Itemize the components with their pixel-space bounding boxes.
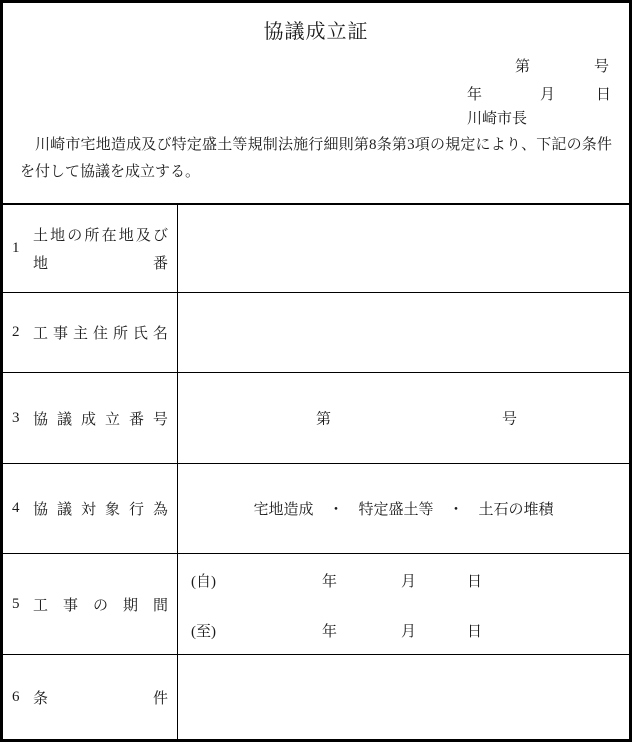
row-label-owner-name: 2 工事主住所氏名 bbox=[3, 293, 178, 372]
period-to-label: (至) bbox=[191, 620, 216, 641]
period-to-month: 月 bbox=[401, 620, 416, 641]
row-label-line: 工事の期間 bbox=[33, 590, 168, 618]
issue-number-prefix: 第 bbox=[515, 55, 530, 76]
row-label-line: 地番 bbox=[33, 249, 168, 277]
table-row-conditions: 6 条件 bbox=[3, 655, 629, 739]
period-to-year: 年 bbox=[322, 620, 337, 641]
period-from-month: 月 bbox=[401, 570, 416, 591]
row-number: 2 bbox=[12, 324, 33, 341]
row-label-work-period: 5 工事の期間 bbox=[3, 554, 178, 654]
agreement-number-suffix: 号 bbox=[502, 408, 517, 429]
row-label-text: 工事の期間 bbox=[33, 590, 168, 618]
row-number: 4 bbox=[12, 500, 33, 517]
row-value-agreement-number: 第 号 bbox=[178, 373, 629, 463]
row-label-text: 条件 bbox=[33, 683, 168, 711]
row-label-line: 土地の所在地及び bbox=[33, 221, 168, 249]
period-from-day: 日 bbox=[467, 570, 482, 591]
row-value-owner-name bbox=[178, 293, 629, 372]
period-from-year: 年 bbox=[322, 570, 337, 591]
target-activity-options: 宅地造成 ・ 特定盛土等 ・ 土石の堆積 bbox=[253, 498, 553, 519]
row-label-land-location: 1 土地の所在地及び 地番 bbox=[3, 205, 178, 292]
table-row-work-period: 5 工事の期間 (自) 年 月 日 (至) 年 月 日 bbox=[3, 554, 629, 655]
table-row-owner-name: 2 工事主住所氏名 bbox=[3, 293, 629, 373]
row-number: 1 bbox=[12, 240, 33, 257]
period-from-label: (自) bbox=[191, 570, 216, 591]
period-from-line: (自) 年 月 日 bbox=[178, 570, 629, 588]
form-table: 1 土地の所在地及び 地番 2 工事主住所氏名 3 協議成立番号 bbox=[3, 203, 629, 739]
row-label-line: 協議対象行為 bbox=[33, 495, 168, 523]
row-value-conditions bbox=[178, 655, 629, 739]
document-title: 協議成立証 bbox=[3, 15, 629, 44]
row-label-text: 協議対象行為 bbox=[33, 495, 168, 523]
row-label-conditions: 6 条件 bbox=[3, 655, 178, 739]
row-number: 6 bbox=[12, 689, 33, 706]
date-year-label: 年 bbox=[467, 83, 482, 104]
date-month-label: 月 bbox=[540, 83, 555, 104]
row-label-text: 工事主住所氏名 bbox=[33, 319, 168, 347]
issue-number-line: 第 号 bbox=[3, 55, 629, 73]
row-label-text: 協議成立番号 bbox=[33, 404, 168, 432]
issue-number-suffix: 号 bbox=[594, 55, 609, 76]
row-label-line: 協議成立番号 bbox=[33, 404, 168, 432]
row-label-agreement-number: 3 協議成立番号 bbox=[3, 373, 178, 463]
row-label-target-activity: 4 協議対象行為 bbox=[3, 464, 178, 553]
mayor-line: 川崎市長 bbox=[3, 107, 629, 125]
row-label-line: 条件 bbox=[33, 683, 168, 711]
table-row-target-activity: 4 協議対象行為 宅地造成 ・ 特定盛土等 ・ 土石の堆積 bbox=[3, 464, 629, 554]
mayor-name: 川崎市長 bbox=[467, 107, 527, 128]
row-value-work-period: (自) 年 月 日 (至) 年 月 日 bbox=[178, 554, 629, 654]
row-label-line: 工事主住所氏名 bbox=[33, 319, 168, 347]
period-to-line: (至) 年 月 日 bbox=[178, 620, 629, 638]
table-row-agreement-number: 3 協議成立番号 第 号 bbox=[3, 373, 629, 464]
period-to-day: 日 bbox=[467, 620, 482, 641]
agreement-number-prefix: 第 bbox=[316, 408, 331, 429]
row-value-target-activity: 宅地造成 ・ 特定盛土等 ・ 土石の堆積 bbox=[178, 464, 629, 553]
row-label-text: 土地の所在地及び 地番 bbox=[33, 221, 168, 277]
intro-paragraph: 川崎市宅地造成及び特定盛土等規制法施行細則第8条第3項の規定により、下記の条件を… bbox=[3, 132, 629, 186]
table-row-land-location: 1 土地の所在地及び 地番 bbox=[3, 205, 629, 293]
row-number: 3 bbox=[12, 410, 33, 427]
row-number: 5 bbox=[12, 596, 33, 613]
row-value-land-location bbox=[178, 205, 629, 292]
date-day-label: 日 bbox=[596, 83, 611, 104]
document-page: 協議成立証 第 号 年 月 日 川崎市長 川崎市宅地造成及び特定盛土等規制法施行… bbox=[0, 0, 632, 742]
date-line: 年 月 日 bbox=[3, 83, 629, 101]
